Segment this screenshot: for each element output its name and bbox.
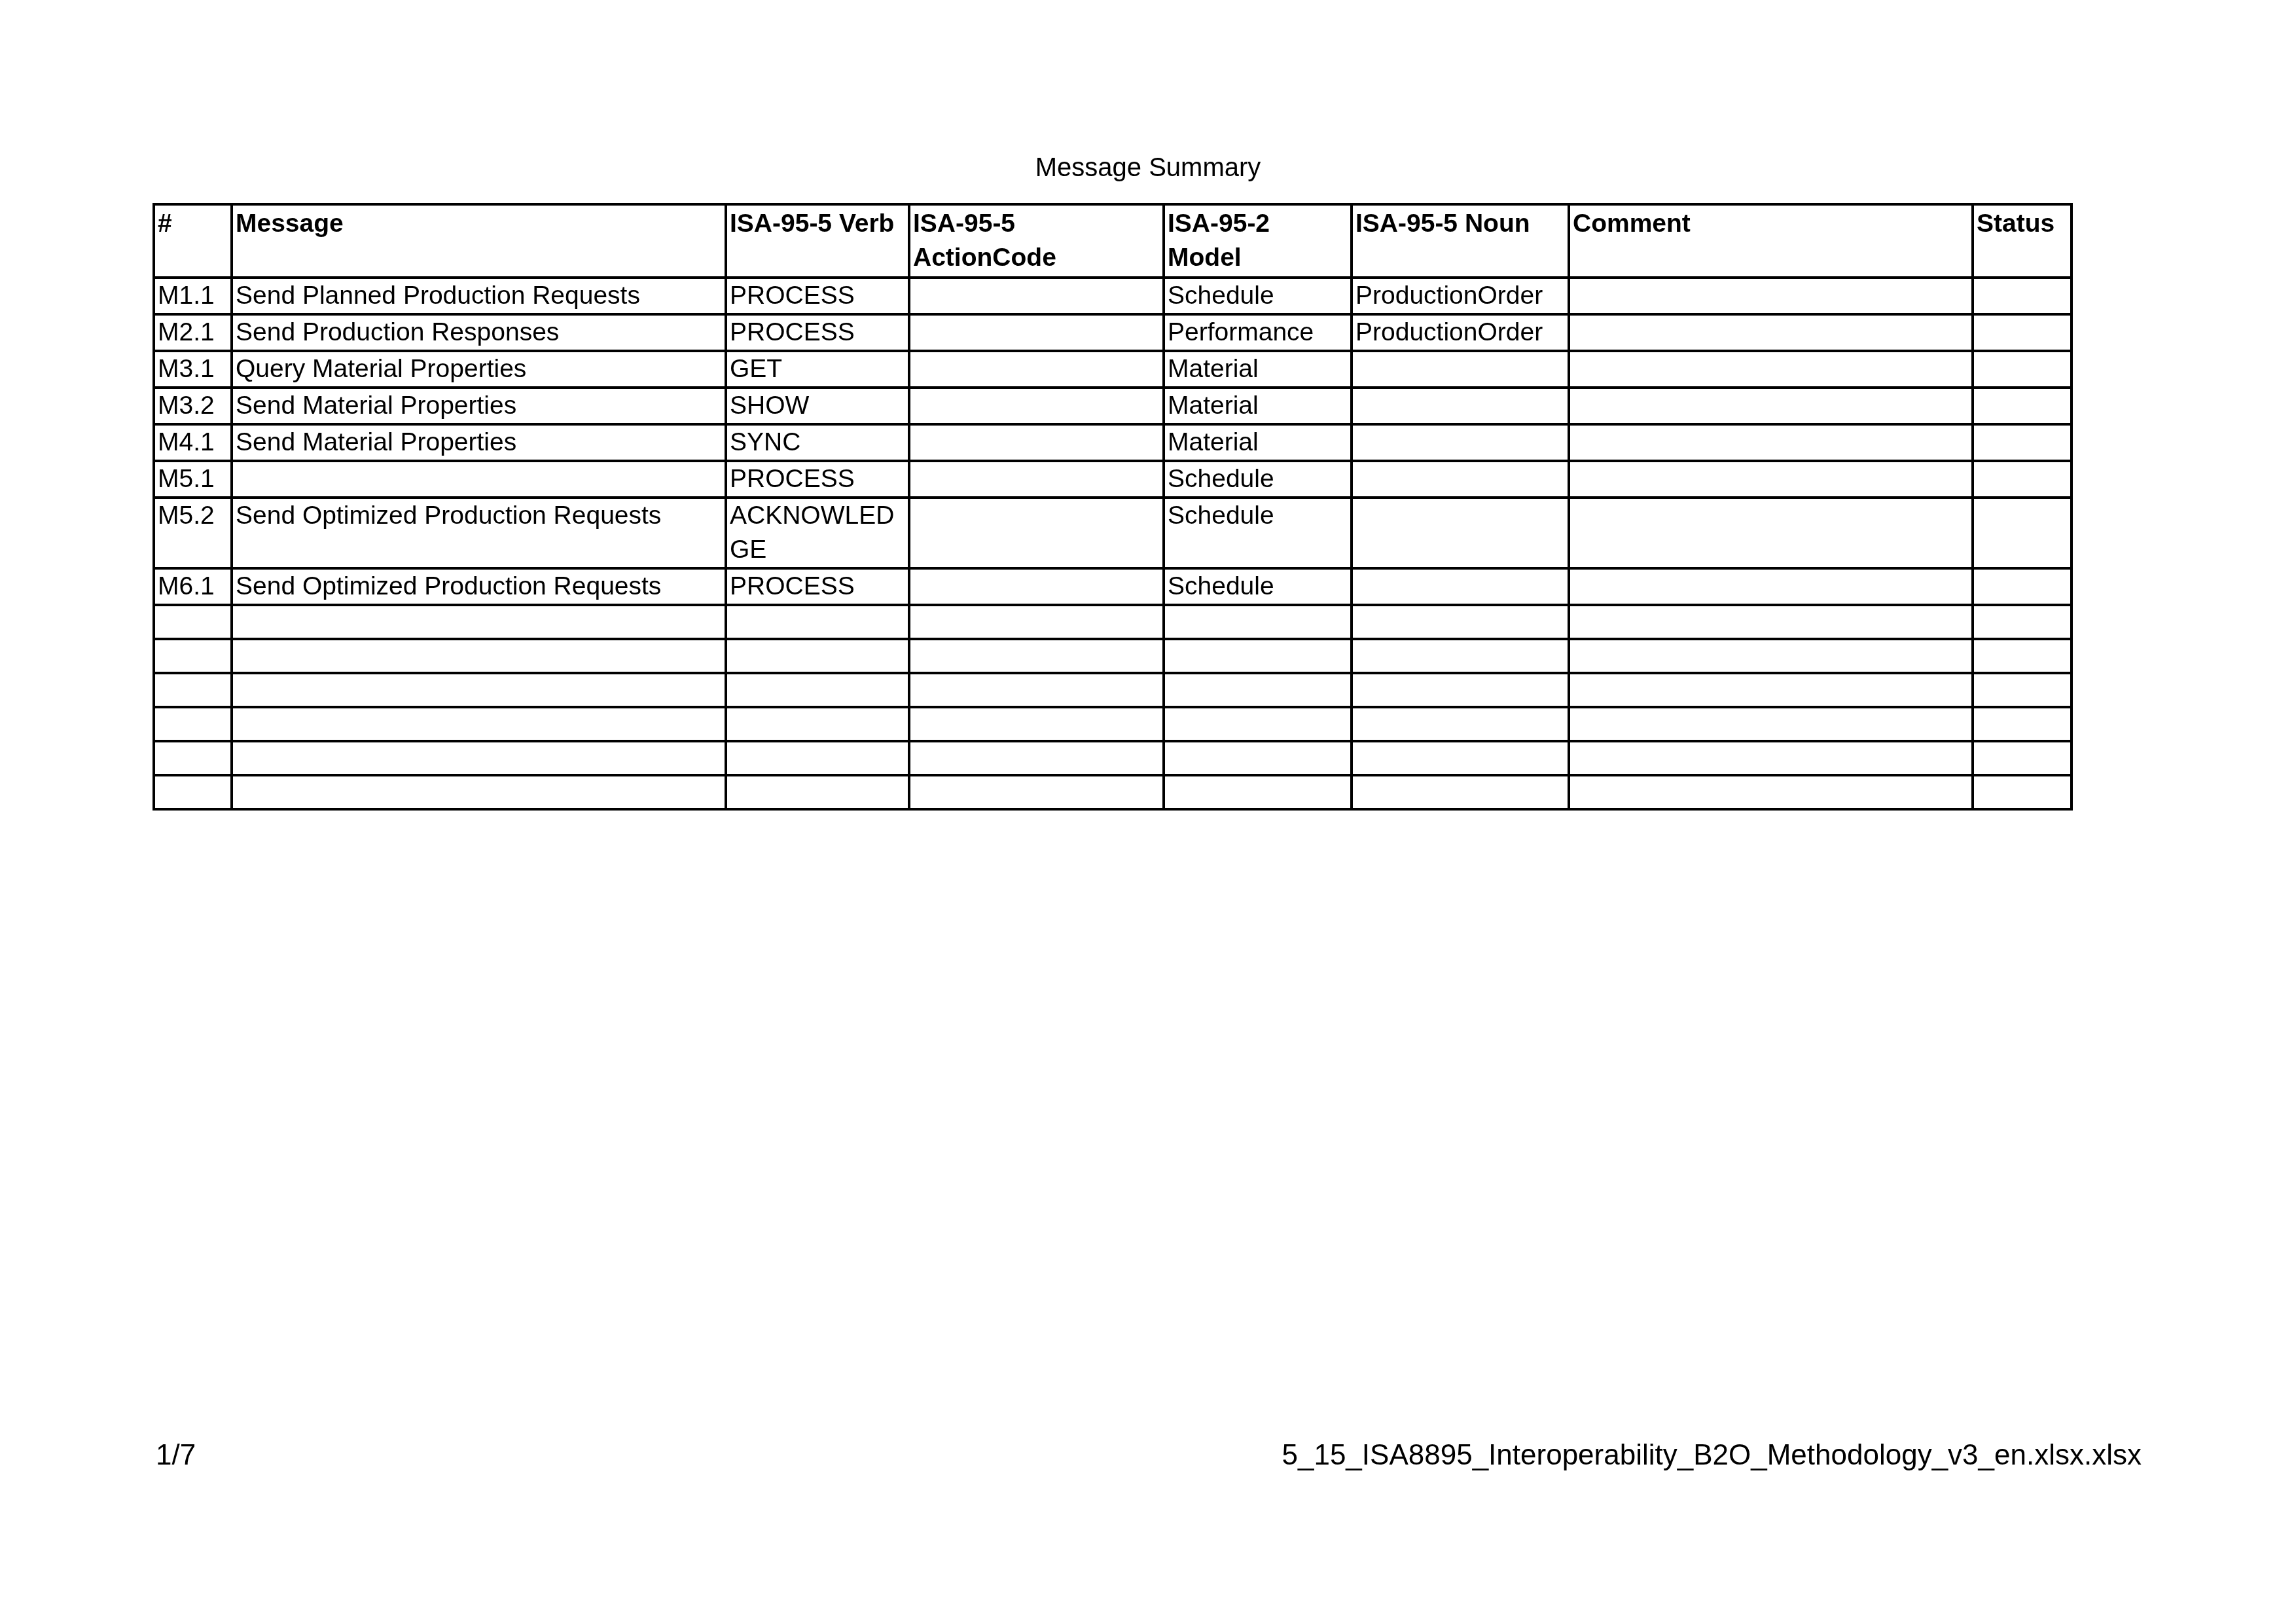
cell-message [232,741,726,775]
column-header-model: ISA-95-2 Model [1164,204,1352,278]
cell-actioncode [909,388,1164,424]
cell-model: Schedule [1164,568,1352,605]
cell-status [1973,424,2072,461]
cell-actioncode [909,278,1164,314]
cell-model: Material [1164,388,1352,424]
column-header-id: # [154,204,232,278]
cell-status [1973,741,2072,775]
cell-comment [1569,388,1973,424]
footer-filename: 5_15_ISA8895_Interoperability_B2O_Method… [1282,1439,2142,1472]
cell-id: M1.1 [154,278,232,314]
cell-actioncode [909,741,1164,775]
cell-verb: SYNC [726,424,909,461]
cell-model: Material [1164,424,1352,461]
cell-comment [1569,673,1973,707]
cell-id: M4.1 [154,424,232,461]
cell-comment [1569,775,1973,809]
cell-noun [1352,741,1569,775]
cell-message [232,605,726,639]
cell-verb: PROCESS [726,461,909,498]
cell-comment [1569,605,1973,639]
cell-noun [1352,388,1569,424]
page-title: Message Summary [0,152,2296,183]
table-row: M3.1Query Material PropertiesGETMaterial [154,351,2072,388]
cell-model: Performance [1164,314,1352,351]
cell-status [1973,388,2072,424]
cell-message [232,639,726,673]
cell-message: Send Optimized Production Requests [232,498,726,568]
table-row: M5.1PROCESSSchedule [154,461,2072,498]
cell-status [1973,351,2072,388]
column-header-comment: Comment [1569,204,1973,278]
column-header-noun: ISA-95-5 Noun [1352,204,1569,278]
page-number: 1/7 [156,1439,196,1472]
cell-id: M6.1 [154,568,232,605]
cell-message: Send Material Properties [232,424,726,461]
cell-status [1973,707,2072,741]
cell-message: Send Optimized Production Requests [232,568,726,605]
cell-actioncode [909,605,1164,639]
table-row: M4.1Send Material PropertiesSYNCMaterial [154,424,2072,461]
cell-comment [1569,741,1973,775]
cell-noun [1352,461,1569,498]
cell-comment [1569,639,1973,673]
cell-id [154,673,232,707]
cell-model: Schedule [1164,278,1352,314]
cell-actioncode [909,498,1164,568]
cell-actioncode [909,351,1164,388]
column-header-verb: ISA-95-5 Verb [726,204,909,278]
cell-actioncode [909,639,1164,673]
cell-actioncode [909,314,1164,351]
cell-model [1164,639,1352,673]
cell-model [1164,741,1352,775]
cell-noun [1352,605,1569,639]
table-row: M6.1Send Optimized Production RequestsPR… [154,568,2072,605]
table-row: M2.1Send Production ResponsesPROCESSPerf… [154,314,2072,351]
cell-status [1973,314,2072,351]
cell-status [1973,775,2072,809]
cell-comment [1569,278,1973,314]
cell-id: M3.2 [154,388,232,424]
cell-message: Send Material Properties [232,388,726,424]
cell-status [1973,568,2072,605]
table-row: M5.2Send Optimized Production RequestsAC… [154,498,2072,568]
cell-model [1164,605,1352,639]
cell-verb: PROCESS [726,314,909,351]
cell-status [1973,639,2072,673]
cell-status [1973,461,2072,498]
cell-message [232,461,726,498]
cell-actioncode [909,568,1164,605]
table-body: M1.1Send Planned Production RequestsPROC… [154,278,2072,809]
cell-message: Send Planned Production Requests [232,278,726,314]
table-row [154,775,2072,809]
cell-id [154,707,232,741]
column-header-message: Message [232,204,726,278]
cell-noun: ProductionOrder [1352,278,1569,314]
cell-model: Schedule [1164,498,1352,568]
cell-noun [1352,424,1569,461]
cell-verb: GET [726,351,909,388]
cell-verb [726,639,909,673]
cell-comment [1569,424,1973,461]
cell-actioncode [909,461,1164,498]
cell-noun [1352,568,1569,605]
table-row: M3.2Send Material PropertiesSHOWMaterial [154,388,2072,424]
cell-noun [1352,639,1569,673]
cell-noun [1352,673,1569,707]
cell-noun [1352,775,1569,809]
table-row [154,639,2072,673]
cell-comment [1569,314,1973,351]
cell-verb [726,741,909,775]
cell-model [1164,673,1352,707]
cell-id [154,741,232,775]
cell-status [1973,605,2072,639]
cell-model [1164,707,1352,741]
cell-message: Send Production Responses [232,314,726,351]
table-row: M1.1Send Planned Production RequestsPROC… [154,278,2072,314]
table-row [154,741,2072,775]
table-header-row: # Message ISA-95-5 Verb ISA-95-5 ActionC… [154,204,2072,278]
cell-id: M2.1 [154,314,232,351]
cell-verb: SHOW [726,388,909,424]
cell-actioncode [909,707,1164,741]
cell-message [232,673,726,707]
column-header-status: Status [1973,204,2072,278]
cell-id: M5.1 [154,461,232,498]
table-row [154,605,2072,639]
cell-verb: PROCESS [726,568,909,605]
cell-id [154,639,232,673]
table-row [154,673,2072,707]
cell-id [154,775,232,809]
cell-message: Query Material Properties [232,351,726,388]
cell-model: Schedule [1164,461,1352,498]
cell-id: M3.1 [154,351,232,388]
cell-status [1973,278,2072,314]
cell-actioncode [909,424,1164,461]
cell-verb: PROCESS [726,278,909,314]
cell-status [1973,673,2072,707]
message-summary-table: # Message ISA-95-5 Verb ISA-95-5 ActionC… [152,203,2073,811]
cell-model: Material [1164,351,1352,388]
cell-id [154,605,232,639]
cell-comment [1569,498,1973,568]
cell-noun: ProductionOrder [1352,314,1569,351]
cell-message [232,775,726,809]
cell-message [232,707,726,741]
cell-actioncode [909,673,1164,707]
cell-verb [726,673,909,707]
cell-model [1164,775,1352,809]
cell-verb [726,605,909,639]
cell-comment [1569,707,1973,741]
cell-status [1973,498,2072,568]
cell-verb: ACKNOWLEDGE [726,498,909,568]
cell-verb [726,707,909,741]
cell-noun [1352,498,1569,568]
column-header-actioncode: ISA-95-5 ActionCode [909,204,1164,278]
cell-id: M5.2 [154,498,232,568]
table-row [154,707,2072,741]
cell-comment [1569,351,1973,388]
cell-comment [1569,568,1973,605]
cell-verb [726,775,909,809]
cell-noun [1352,707,1569,741]
cell-actioncode [909,775,1164,809]
cell-noun [1352,351,1569,388]
cell-comment [1569,461,1973,498]
